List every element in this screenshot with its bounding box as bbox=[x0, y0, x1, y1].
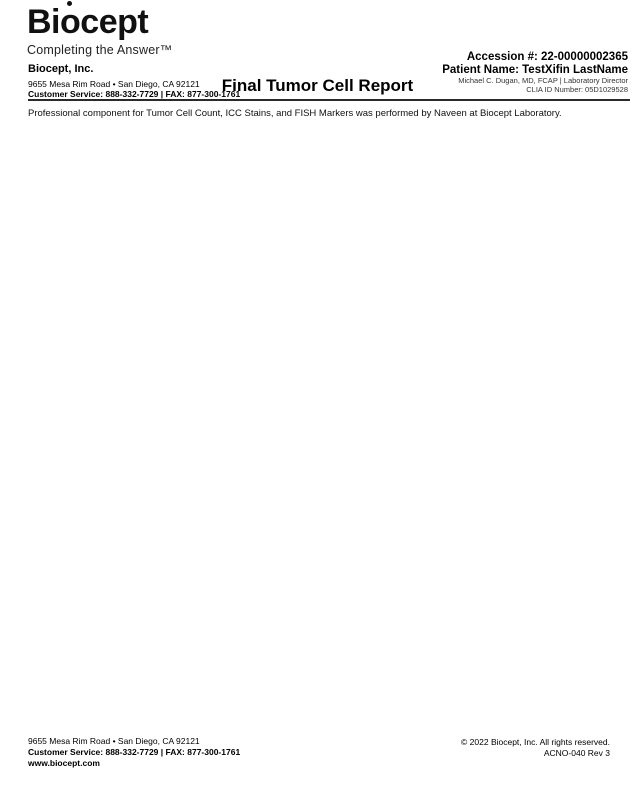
logo-text-part2: cept bbox=[80, 3, 148, 41]
patient-label: Patient Name: bbox=[442, 64, 519, 76]
footer-legal-block: © 2022 Biocept, Inc. All rights reserved… bbox=[461, 737, 610, 759]
company-name: Biocept, Inc. bbox=[28, 63, 240, 77]
clia-id: CLIA ID Number: 05D1029528 bbox=[442, 86, 628, 95]
logo-o-with-dot-icon: o bbox=[60, 3, 80, 41]
footer-website: www.biocept.com bbox=[28, 758, 240, 769]
footer-address: 9655 Mesa Rim Road • San Diego, CA 92121 bbox=[28, 736, 240, 747]
accession-value: 22-00000002365 bbox=[541, 51, 628, 63]
tumor-cell-report-page: Biocept Completing the Answer™ Biocept, … bbox=[0, 0, 635, 805]
accession-label: Accession #: bbox=[467, 51, 538, 63]
footer-doc-code: ACNO-040 Rev 3 bbox=[461, 748, 610, 759]
header-divider bbox=[28, 99, 630, 101]
footer-copyright: © 2022 Biocept, Inc. All rights reserved… bbox=[461, 737, 610, 748]
patient-value: TestXifin LastName bbox=[522, 64, 628, 76]
accession-block: Accession #: 22-00000002365 Patient Name… bbox=[442, 51, 628, 95]
accession-number: Accession #: 22-00000002365 bbox=[442, 51, 628, 64]
biocept-wordmark: Biocept bbox=[27, 4, 172, 41]
footer-company-block: 9655 Mesa Rim Road • San Diego, CA 92121… bbox=[28, 736, 240, 769]
professional-component-note: Professional component for Tumor Cell Co… bbox=[28, 108, 615, 119]
footer-contact: Customer Service: 888-332-7729 | FAX: 87… bbox=[28, 747, 240, 758]
logo-tagline: Completing the Answer™ bbox=[27, 43, 172, 57]
logo-text-part1: Bi bbox=[27, 3, 60, 41]
biocept-logo: Biocept Completing the Answer™ bbox=[27, 4, 172, 57]
